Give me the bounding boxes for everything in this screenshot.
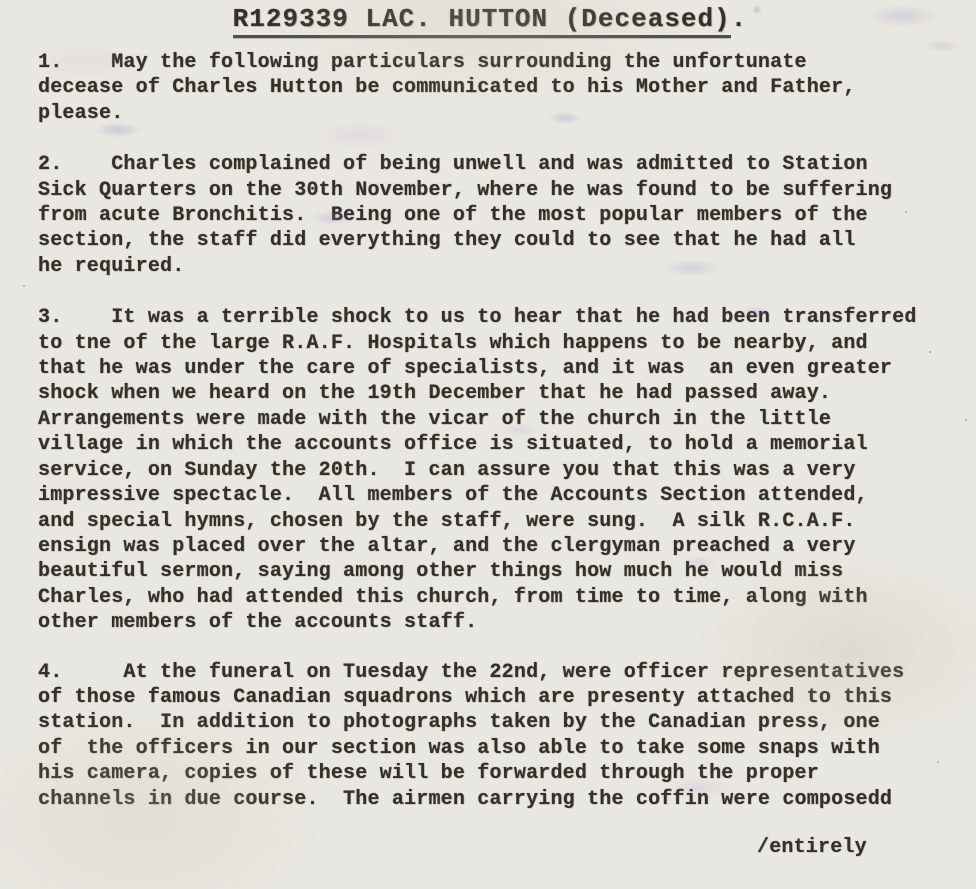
paragraph-2: 2. Charles complained of being unwell an… (38, 152, 936, 279)
paragraph-4: 4. At the funeral on Tuesday the 22nd, w… (38, 660, 936, 812)
document-body: 1. May the following particulars surroun… (38, 50, 936, 812)
document-title-period: . (731, 4, 748, 34)
document-title: R129339 LAC. HUTTON (Deceased). (44, 4, 936, 34)
paragraph-3: 3. It was a terrible shock to us to hear… (38, 305, 936, 635)
document-title-text: R129339 LAC. HUTTON (Deceased) (233, 4, 731, 38)
document-page: R129339 LAC. HUTTON (Deceased). 1. May t… (0, 0, 976, 812)
catchword-entirely: /entirely (757, 836, 867, 859)
paragraph-1: 1. May the following particulars surroun… (38, 50, 936, 126)
